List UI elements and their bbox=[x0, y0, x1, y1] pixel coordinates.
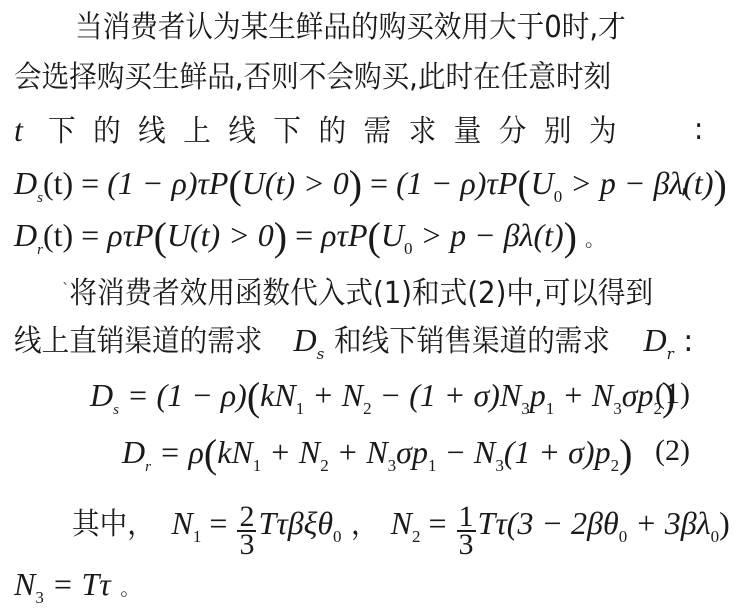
formula-ds-part4: > p − βλ(t) bbox=[562, 165, 713, 201]
eq1-c: + N bbox=[304, 377, 363, 413]
eq2-b: kN bbox=[217, 434, 253, 470]
formula-ds-part2: U(t) > 0 bbox=[242, 165, 349, 201]
eq2-lhs: D bbox=[122, 434, 145, 470]
paragraph2-line2-colon: : bbox=[683, 324, 693, 359]
definitions-sep1: ， bbox=[351, 507, 379, 543]
formula-ds-comma: , bbox=[680, 165, 689, 201]
n3-sub: 3 bbox=[35, 588, 44, 607]
eq1-n2: 2 bbox=[363, 399, 372, 418]
paragraph1-line3-colon: : bbox=[694, 112, 703, 148]
n1-lhs: N bbox=[172, 505, 193, 541]
n1-rhs: Tτβξθ bbox=[258, 505, 333, 541]
eq2-n1: 1 bbox=[253, 456, 262, 475]
n2-rhs-a: Tτ(3 − 2βθ bbox=[478, 505, 619, 541]
paragraph2-line2-a: 线上直销渠道的需求 bbox=[14, 324, 262, 360]
eq2-f: − N bbox=[436, 434, 495, 470]
n2-lhs: N bbox=[391, 505, 412, 541]
eq2-p2: 2 bbox=[611, 456, 620, 475]
paragraph1-line2: 会选择购买生鲜品,否则不会购买,此时在任意时刻 bbox=[14, 60, 611, 96]
n1-frac-den: 3 bbox=[237, 532, 256, 558]
formula-ds-arg: (t) bbox=[43, 165, 73, 201]
formula-dr-part4: > p − βλ(t) bbox=[412, 217, 563, 253]
paragraph2-line1-text: 将消费者效用函数代入式(1)和式(2)中,可以得到 bbox=[69, 276, 653, 311]
formula-dr-eq: = bbox=[81, 217, 99, 253]
formula-dr-part3: ρτP bbox=[321, 217, 367, 253]
eq2-a: = ρ bbox=[151, 434, 204, 470]
paragraph2-line2-b: 和线下销售渠道的需求 bbox=[334, 324, 610, 360]
n1-rhs-sub: 0 bbox=[333, 527, 342, 546]
eq1-lhs: D bbox=[90, 377, 113, 413]
variable-t: t bbox=[14, 112, 23, 148]
eq2-n2: 2 bbox=[320, 456, 329, 475]
n2-rhs-sub1: 0 bbox=[619, 527, 628, 546]
formula-ds-u-sub: 0 bbox=[554, 187, 563, 206]
eq1-d: − (1 + σ)N bbox=[372, 377, 522, 413]
formula-ds-u: U bbox=[531, 165, 554, 201]
equation-2-number: (2) bbox=[655, 434, 690, 468]
n3-lhs: N bbox=[14, 566, 35, 602]
paragraph2-line2: 线上直销渠道的需求 Ds 和线下销售渠道的需求 Dr : bbox=[14, 322, 693, 372]
equation-1: Ds = (1 − ρ)(kN1 + N2 − (1 + σ)N3p1 + N3… bbox=[90, 377, 675, 428]
formula-ds-eq: = bbox=[81, 165, 99, 201]
eq1-f: + N bbox=[554, 377, 613, 413]
eq2-e: σp bbox=[396, 434, 428, 470]
formula-dr-arg: (t) bbox=[43, 217, 73, 253]
definitions-line: 其中， N1 = 23Tτβξθ0 ， N2 = 13Tτ(3 − 2βθ0 +… bbox=[72, 500, 737, 555]
formula-dr-part2: U(t) > 0 bbox=[167, 217, 274, 253]
stray-mark: ` bbox=[62, 280, 69, 299]
n3-period: 。 bbox=[120, 576, 140, 600]
formula-dr-part1: ρτP bbox=[107, 217, 153, 253]
eq1-n1: 1 bbox=[296, 399, 305, 418]
eq2-n3b: 3 bbox=[495, 456, 504, 475]
equation-2: Dr = ρ(kN1 + N2 + N3σp1 − N3(1 + σ)p2) bbox=[122, 434, 632, 485]
definitions-intro: 其中， bbox=[72, 507, 155, 543]
eq1-g: σp bbox=[622, 377, 654, 413]
ds-symbol-sub: s bbox=[317, 345, 325, 363]
n3-rhs: = Tτ bbox=[44, 566, 111, 602]
formula-ds-part1: (1 − ρ)τP bbox=[107, 165, 228, 201]
eq2-g: (1 + σ)p bbox=[504, 434, 611, 470]
ds-symbol: D bbox=[294, 322, 317, 358]
eq2-n3a: 3 bbox=[388, 456, 397, 475]
n2-rhs-b: + 3βλ bbox=[627, 505, 710, 541]
formula-ds-t: Ds(t) = (1 − ρ)τP(U(t) > 0) = (1 − ρ)τP(… bbox=[14, 165, 727, 216]
n1-eq: = bbox=[201, 505, 235, 541]
formula-dr-t: Dr(t) = ρτP(U(t) > 0) = ρτP(U0 > p − βλ(… bbox=[14, 217, 605, 268]
formula-dr-period: 。 bbox=[585, 227, 605, 251]
eq1-n3a: 3 bbox=[521, 399, 530, 418]
eq1-e: p bbox=[530, 377, 546, 413]
dr-symbol-sub: r bbox=[667, 345, 674, 363]
n2-fraction: 13 bbox=[457, 504, 476, 558]
eq2-c: + N bbox=[261, 434, 320, 470]
n2-rhs-c: ) bbox=[719, 505, 730, 541]
equation-1-number: (1) bbox=[655, 377, 690, 411]
eq1-n3b: 3 bbox=[613, 399, 622, 418]
dr-symbol: D bbox=[643, 322, 666, 358]
paragraph1-line3: t 下的线上线下的需求量分别为 : bbox=[14, 112, 685, 150]
eq1-b: kN bbox=[260, 377, 296, 413]
n2-eq: = bbox=[420, 505, 454, 541]
formula-ds-part3: (1 − ρ)τP bbox=[396, 165, 517, 201]
paragraph1-line1: 当消费者认为某生鲜品的购买效用大于0时,才 bbox=[75, 10, 626, 46]
eq1-p1: 1 bbox=[546, 399, 555, 418]
formula-dr-u: U bbox=[381, 217, 404, 253]
formula-ds-lhs: D bbox=[14, 165, 37, 201]
formula-dr-lhs: D bbox=[14, 217, 37, 253]
n3-line: N3 = Tτ 。 bbox=[14, 566, 140, 615]
n2-frac-den: 3 bbox=[457, 532, 476, 558]
eq1-a: = (1 − ρ) bbox=[119, 377, 247, 413]
n1-fraction: 23 bbox=[237, 504, 256, 558]
n2-rhs-sub2: 0 bbox=[711, 527, 720, 546]
paragraph1-line3-text: 下的线上线下的需求量分别为 bbox=[48, 114, 634, 150]
eq2-d: + N bbox=[329, 434, 388, 470]
paragraph2-line1: `将消费者效用函数代入式(1)和式(2)中,可以得到 bbox=[62, 272, 653, 312]
